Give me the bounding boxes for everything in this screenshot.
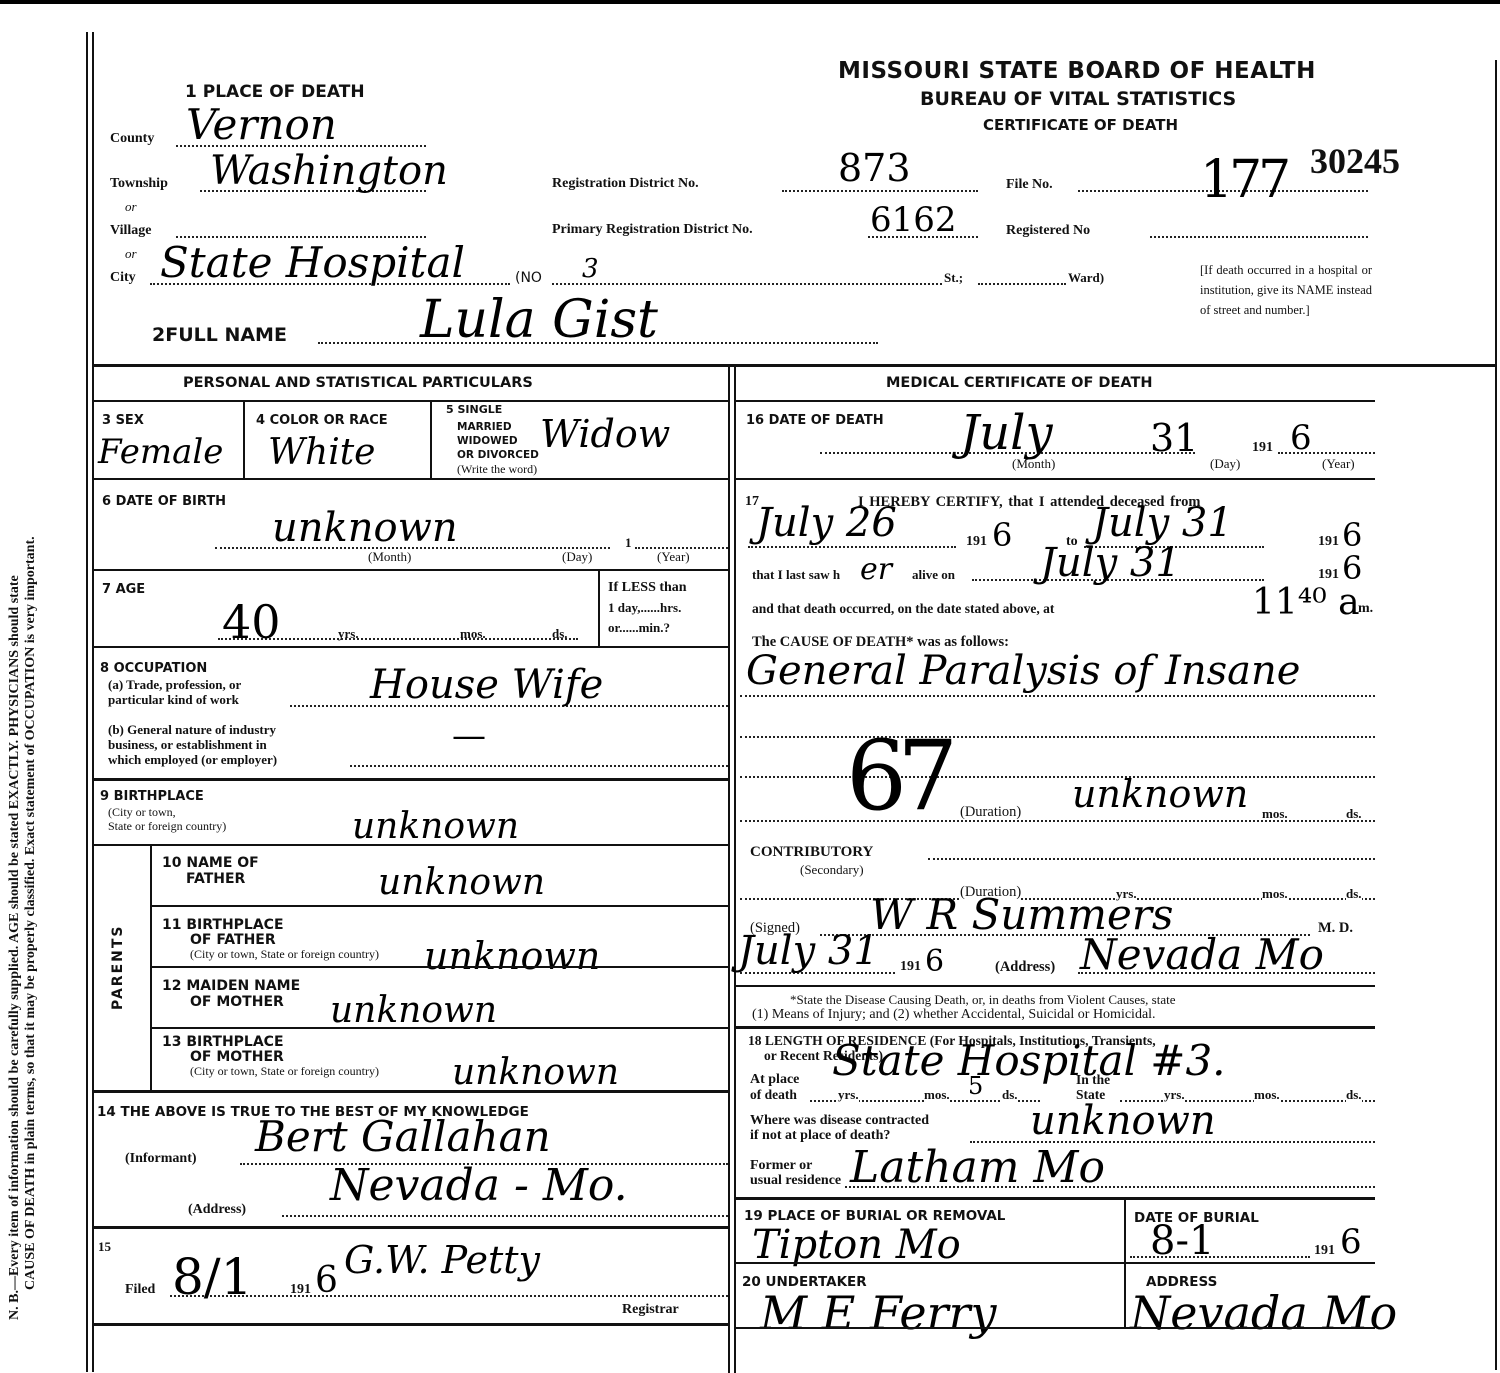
undertaker-value[interactable]: M E Ferry bbox=[760, 1286, 997, 1340]
former-res-value[interactable]: Latham Mo bbox=[850, 1142, 1105, 1193]
contributory-ds: ds. bbox=[1346, 886, 1362, 902]
burial-year[interactable]: 6 bbox=[1340, 1222, 1362, 1262]
residence-value[interactable]: State Hospital #3. bbox=[832, 1036, 1226, 1085]
former-res-label-2: usual residence bbox=[750, 1173, 841, 1189]
contributory-mos: mos. bbox=[1262, 886, 1288, 902]
at-place-1: At place bbox=[750, 1072, 799, 1088]
rule-after-dob bbox=[92, 569, 728, 571]
sex-race-divider bbox=[243, 401, 245, 479]
filed-year-prefix: 191 bbox=[290, 1282, 311, 1298]
at-place-yrs: yrs. bbox=[838, 1087, 859, 1103]
full-name-value[interactable]: Lula Gist bbox=[420, 290, 658, 350]
marital-label-5: (Write the word) bbox=[457, 462, 537, 477]
rule-after-filed bbox=[92, 1323, 728, 1326]
bureau-title: BUREAU OF VITAL STATISTICS bbox=[920, 88, 1236, 110]
at-place-mos-value[interactable]: 5 bbox=[968, 1072, 983, 1100]
no-value[interactable]: 3 bbox=[582, 254, 599, 284]
race-marital-divider bbox=[430, 401, 432, 479]
st-label: St.; bbox=[944, 270, 963, 286]
mother-birthplace-label-3: (City or town, State or foreign country) bbox=[190, 1064, 379, 1079]
hospital-note: [If death occurred in a hospital or inst… bbox=[1200, 260, 1372, 320]
marital-label-3: WIDOWED bbox=[457, 435, 518, 447]
father-birthplace-value[interactable]: unknown bbox=[424, 934, 600, 978]
address-line bbox=[282, 1215, 728, 1217]
at-place-mos: mos. bbox=[924, 1087, 950, 1103]
last-saw-pronoun[interactable]: er bbox=[860, 552, 892, 587]
marital-label-2: MARRIED bbox=[457, 421, 512, 433]
contributory-label: CONTRIBUTORY bbox=[750, 844, 873, 861]
duration-value[interactable]: unknown bbox=[1072, 772, 1248, 816]
burial-date-value[interactable]: 8-1 bbox=[1150, 1218, 1214, 1264]
mother-name-label-2: OF MOTHER bbox=[190, 994, 284, 1010]
death-time-suffix: m. bbox=[1358, 601, 1373, 617]
father-birthplace-label-3: (City or town, State or foreign country) bbox=[190, 947, 379, 962]
occupation-b-3: which employed (or employer) bbox=[108, 752, 277, 768]
county-label: County bbox=[110, 131, 154, 147]
former-res-label-1: Former or bbox=[750, 1158, 812, 1174]
at-place-2: of death bbox=[750, 1087, 797, 1103]
mother-birthplace-label-1: 13 BIRTHPLACE bbox=[162, 1034, 284, 1050]
signed-address-label: (Address) bbox=[995, 959, 1055, 976]
rule-after-mother-name bbox=[150, 1027, 728, 1029]
side-note-line1: N. B.—Every item of information should b… bbox=[6, 575, 23, 1320]
mother-birthplace-label-2: OF MOTHER bbox=[190, 1049, 284, 1065]
registrar-signature[interactable]: G.W. Petty bbox=[344, 1238, 540, 1282]
serial-number: 30245 bbox=[1310, 140, 1400, 182]
address-value[interactable]: Nevada - Mo. bbox=[330, 1160, 628, 1211]
duration-mos: mos. bbox=[1262, 806, 1288, 822]
file-no-label: File No. bbox=[1006, 177, 1053, 193]
age-value[interactable]: 40 bbox=[222, 595, 281, 649]
father-birthplace-label-1: 11 BIRTHPLACE bbox=[162, 917, 284, 933]
dod-month-caption: (Month) bbox=[1012, 456, 1055, 472]
city-label: City bbox=[110, 270, 136, 286]
medical-title: MEDICAL CERTIFICATE OF DEATH bbox=[886, 375, 1153, 391]
secondary-label: (Secondary) bbox=[800, 862, 864, 878]
certificate-title: CERTIFICATE OF DEATH bbox=[983, 116, 1178, 134]
duration-ds: ds. bbox=[1346, 806, 1362, 822]
footnote-2: (1) Means of Injury; and (2) whether Acc… bbox=[752, 1007, 1156, 1023]
rule-after-occupation bbox=[92, 778, 728, 781]
dod-year[interactable]: 6 bbox=[1290, 418, 1312, 458]
undertaker-address-value[interactable]: Nevada Mo bbox=[1130, 1286, 1397, 1340]
primary-reg-value[interactable]: 6162 bbox=[870, 200, 957, 240]
father-name-label-2: FATHER bbox=[186, 871, 245, 887]
rule-after-father-birthplace bbox=[150, 966, 728, 968]
mother-name-label-1: 12 MAIDEN NAME bbox=[162, 978, 300, 994]
dob-month-caption: (Month) bbox=[368, 549, 411, 565]
footnote-1: *State the Disease Causing Death, or, in… bbox=[790, 992, 1176, 1008]
full-name-label: 2FULL NAME bbox=[152, 324, 287, 346]
signed-address-value[interactable]: Nevada Mo bbox=[1080, 930, 1324, 979]
rule-after-burial bbox=[735, 1262, 1375, 1264]
age-ds: ds. bbox=[552, 626, 568, 642]
rule-before-footnote bbox=[735, 985, 1375, 987]
or-1: or bbox=[125, 199, 137, 215]
marital-label-1: 5 SINGLE bbox=[446, 403, 502, 416]
birthplace-sub-1: (City or town, bbox=[108, 805, 176, 820]
race-label: 4 COLOR OR RACE bbox=[256, 413, 388, 428]
reg-district-label: Registration District No. bbox=[552, 176, 699, 192]
age-yrs: yrs. bbox=[338, 626, 359, 642]
occupation-b-2: business, or establishment in bbox=[108, 737, 267, 753]
dod-year-caption: (Year) bbox=[1322, 456, 1355, 472]
marital-label-4: OR DIVORCED bbox=[457, 449, 539, 461]
duration-label: (Duration) bbox=[960, 804, 1021, 821]
county-value[interactable]: Vernon bbox=[186, 100, 337, 149]
cause-line-3 bbox=[740, 776, 1375, 778]
signed-date[interactable]: July 31 bbox=[738, 928, 879, 974]
registered-no-label: Registered No bbox=[1006, 223, 1090, 239]
father-name-value[interactable]: unknown bbox=[378, 862, 545, 903]
rule-after-age bbox=[92, 646, 728, 648]
occupation-b-1: (b) General nature of industry bbox=[108, 722, 276, 738]
reg-district-line bbox=[782, 190, 978, 192]
dob-day-caption: (Day) bbox=[562, 549, 592, 565]
dob-value[interactable]: unknown bbox=[272, 505, 458, 551]
village-label: Village bbox=[110, 223, 151, 239]
alive-year-prefix: 191 bbox=[1318, 567, 1339, 583]
birthplace-label: 9 BIRTHPLACE bbox=[100, 789, 204, 804]
mother-birthplace-value[interactable]: unknown bbox=[452, 1052, 619, 1093]
sex-value[interactable]: Female bbox=[98, 432, 223, 472]
in-state-ds: ds. bbox=[1346, 1087, 1362, 1103]
informant-value[interactable]: Bert Gallahan bbox=[255, 1112, 551, 1161]
occupation-b-line bbox=[350, 765, 728, 767]
dob-year-prefix: 1 bbox=[625, 535, 632, 551]
rule-after-informant bbox=[92, 1226, 728, 1229]
age-label: 7 AGE bbox=[102, 582, 145, 597]
occupation-label: 8 OCCUPATION bbox=[100, 661, 207, 676]
city-value[interactable]: State Hospital bbox=[160, 238, 465, 287]
birthplace-value[interactable]: unknown bbox=[352, 806, 519, 847]
dod-day[interactable]: 31 bbox=[1150, 416, 1198, 460]
rule-after-footnote bbox=[735, 1026, 1375, 1029]
attended-from[interactable]: July 26 bbox=[756, 500, 897, 546]
attended-from-year-prefix: 191 bbox=[966, 534, 987, 550]
registrar-label: Registrar bbox=[622, 1302, 679, 1318]
filed-date[interactable]: 8/1 bbox=[172, 1248, 252, 1306]
street-line bbox=[552, 283, 942, 285]
personal-title: PERSONAL AND STATISTICAL PARTICULARS bbox=[183, 375, 533, 391]
dod-month[interactable]: July bbox=[960, 405, 1053, 461]
left-double-border-2 bbox=[92, 32, 94, 1372]
dod-label: 16 DATE OF DEATH bbox=[746, 413, 884, 428]
place-of-death-title: 1 PLACE OF DEATH bbox=[185, 82, 365, 102]
no-label: (NO bbox=[515, 270, 542, 286]
in-state-mos: mos. bbox=[1254, 1087, 1280, 1103]
alive-on-value[interactable]: July 31 bbox=[1040, 540, 1181, 586]
rule-before-burial bbox=[735, 1197, 1375, 1200]
at-place-ds: ds. bbox=[1002, 1087, 1018, 1103]
address-label: (Address) bbox=[188, 1202, 246, 1218]
ward-label: Ward) bbox=[1068, 270, 1104, 286]
dod-day-caption: (Day) bbox=[1210, 456, 1240, 472]
top-border bbox=[0, 0, 1500, 4]
contracted-value[interactable]: unknown bbox=[1030, 1098, 1216, 1144]
rule-after-parents bbox=[92, 1090, 728, 1093]
burial-divider bbox=[1124, 1199, 1126, 1329]
attended-from-line bbox=[748, 546, 956, 548]
township-value[interactable]: Washington bbox=[210, 148, 448, 194]
rule-under-name bbox=[92, 364, 1495, 367]
informant-label: (Informant) bbox=[125, 1151, 197, 1167]
filed-year[interactable]: 6 bbox=[315, 1260, 338, 1301]
township-label: Township bbox=[110, 176, 168, 192]
dob-label: 6 DATE OF BIRTH bbox=[102, 494, 226, 509]
rule-after-dod bbox=[735, 478, 1375, 480]
side-note-line2: CAUSE OF DEATH in plain terms, so that i… bbox=[22, 536, 39, 1290]
board-title: MISSOURI STATE BOARD OF HEALTH bbox=[838, 58, 1316, 84]
attended-to-year-prefix: 191 bbox=[1318, 534, 1339, 550]
birthplace-sub-2: State or foreign country) bbox=[108, 819, 226, 834]
age-less-divider bbox=[598, 570, 600, 646]
occupation-a-1: (a) Trade, profession, or bbox=[108, 677, 241, 693]
rule-after-sex bbox=[92, 478, 728, 480]
registered-no-line bbox=[1150, 236, 1368, 238]
filed-num: 15 bbox=[98, 1239, 111, 1255]
attended-from-year[interactable]: 6 bbox=[992, 516, 1012, 554]
mother-name-value[interactable]: unknown bbox=[330, 990, 497, 1031]
signed-year-prefix: 191 bbox=[900, 959, 921, 975]
burial-year-prefix: 191 bbox=[1314, 1243, 1335, 1259]
signed-year[interactable]: 6 bbox=[925, 944, 944, 979]
occupation-a-value[interactable]: House Wife bbox=[370, 662, 603, 708]
file-no-value[interactable]: 177 bbox=[1200, 150, 1287, 210]
last-saw-label: that I last saw h bbox=[752, 567, 840, 583]
rule-after-father-name bbox=[150, 905, 728, 907]
or-2: or bbox=[125, 246, 137, 262]
occupation-b-value[interactable]: — bbox=[452, 716, 486, 756]
age-mos: mos. bbox=[460, 626, 486, 642]
death-time[interactable]: 11⁴⁰ a bbox=[1252, 582, 1360, 623]
rule-after-birthplace bbox=[92, 844, 728, 846]
cause-code[interactable]: 67 bbox=[846, 720, 948, 832]
rule-medical-title bbox=[735, 400, 1375, 402]
sex-label: 3 SEX bbox=[102, 413, 144, 428]
ward-line bbox=[978, 283, 1066, 285]
death-occurred-text: and that death occurred, on the date sta… bbox=[752, 601, 1054, 617]
reg-district-value[interactable]: 873 bbox=[838, 146, 911, 190]
right-border bbox=[1495, 60, 1497, 1370]
dod-year-prefix: 191 bbox=[1252, 440, 1273, 456]
contributory-line bbox=[928, 858, 1375, 860]
rule-after-undertaker bbox=[735, 1327, 1375, 1329]
cause-line-1 bbox=[740, 695, 1375, 697]
cause-value[interactable]: General Paralysis of Insane bbox=[746, 648, 1300, 694]
center-divider-1 bbox=[728, 366, 730, 1373]
occupation-a-2: particular kind of work bbox=[108, 692, 239, 708]
filed-label: Filed bbox=[125, 1282, 155, 1298]
less-than-3: or......min.? bbox=[608, 620, 670, 636]
rule-personal-title bbox=[92, 400, 728, 402]
race-value[interactable]: White bbox=[268, 432, 375, 473]
contracted-label-1: Where was disease contracted bbox=[750, 1113, 929, 1129]
less-than-1: If LESS than bbox=[608, 580, 687, 596]
less-than-2: 1 day,......hrs. bbox=[608, 600, 681, 616]
father-birthplace-label-2: OF FATHER bbox=[190, 932, 276, 948]
parents-label: PARENTS bbox=[110, 924, 126, 1010]
dob-year-caption: (Year) bbox=[657, 549, 690, 565]
father-name-label-1: 10 NAME OF bbox=[162, 855, 259, 871]
filed-line bbox=[170, 1295, 728, 1297]
in-state-1: In the bbox=[1076, 1072, 1110, 1088]
alive-on-label: alive on bbox=[912, 567, 955, 583]
left-double-border-1 bbox=[86, 32, 88, 1372]
primary-reg-label: Primary Registration District No. bbox=[552, 222, 753, 238]
marital-value[interactable]: Widow bbox=[540, 412, 670, 456]
center-divider-2 bbox=[734, 366, 736, 1373]
cause-line-2 bbox=[740, 736, 1375, 738]
